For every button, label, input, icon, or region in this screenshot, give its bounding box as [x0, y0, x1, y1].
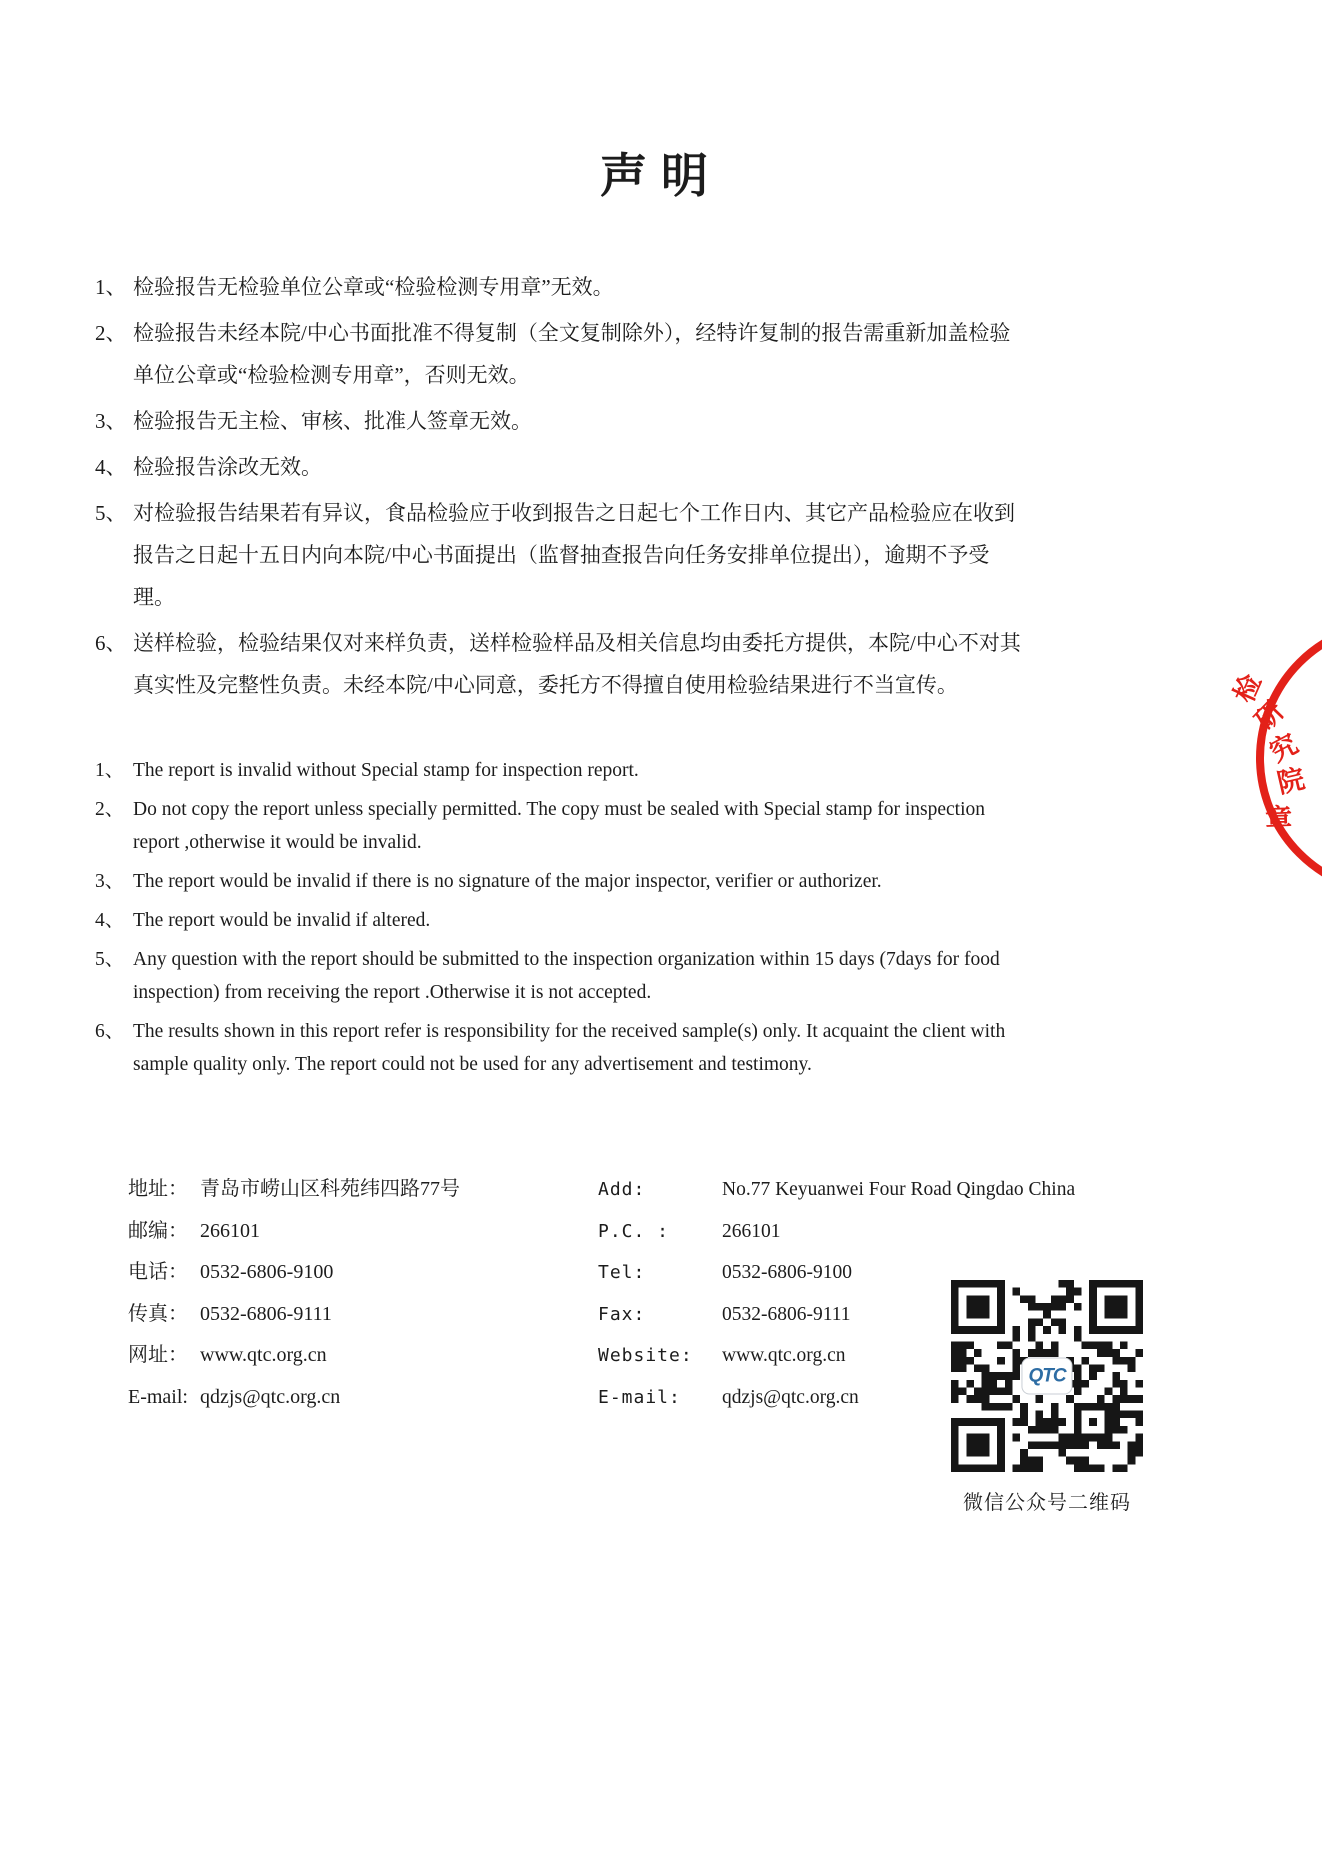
statement-cn-item: 2、 检验报告未经本院/中心书面批准不得复制（全文复制除外），经特许复制的报告需… [95, 312, 1025, 396]
contact-label-en: Tel: [598, 1252, 722, 1294]
contact-label-en: Add: [598, 1169, 722, 1211]
item-number: 3、 [95, 865, 133, 898]
statement-cn-item: 4、 检验报告涂改无效。 [95, 446, 1025, 488]
contact-label-en: Website: [598, 1335, 722, 1377]
item-number: 5、 [95, 943, 133, 1009]
contact-label-en: P.C. : [598, 1211, 722, 1253]
qr-wrap: QTC [951, 1280, 1143, 1472]
contact-row: 地址： 青岛市崂山区科苑纬四路77号 Add: No.77 Keyuanwei … [128, 1169, 1322, 1211]
contact-value-en: No.77 Keyuanwei Four Road Qingdao China [722, 1169, 1322, 1211]
item-number: 5、 [95, 492, 133, 618]
contact-label-cn: E-mail: [128, 1377, 200, 1419]
contact-label-cn: 传真： [128, 1294, 200, 1336]
statement-en-item: 1、 The report is invalid without Special… [95, 754, 1025, 787]
contact-value-en: 266101 [722, 1211, 1322, 1253]
item-number: 2、 [95, 312, 133, 396]
item-number: 2、 [95, 793, 133, 859]
item-number: 4、 [95, 904, 133, 937]
item-number: 6、 [95, 1015, 133, 1081]
contact-value-cn: www.qtc.org.cn [200, 1335, 598, 1377]
contact-label-cn: 地址： [128, 1169, 200, 1211]
item-number: 1、 [95, 266, 133, 308]
statement-en-list: 1、 The report is invalid without Special… [0, 754, 1025, 1081]
contact-label-cn: 网址： [128, 1335, 200, 1377]
item-text: 检验报告无主检、审核、批准人签章无效。 [133, 400, 1025, 442]
contact-value-cn: 266101 [200, 1211, 598, 1253]
stamp-char: 院 [1274, 764, 1307, 799]
item-text: 检验报告涂改无效。 [133, 446, 1025, 488]
item-text: The report is invalid without Special st… [133, 754, 1025, 787]
contact-label-en: E-mail: [598, 1377, 722, 1419]
contact-label-en: Fax: [598, 1294, 722, 1336]
item-text: The results shown in this report refer i… [133, 1015, 1025, 1081]
statement-cn-item: 6、 送样检验，检验结果仅对来样负责，送样检验样品及相关信息均由委托方提供，本院… [95, 622, 1025, 706]
statement-en-item: 3、 The report would be invalid if there … [95, 865, 1025, 898]
item-number: 3、 [95, 400, 133, 442]
contact-value-cn: 0532-6806-9100 [200, 1252, 598, 1294]
contact-value-cn: qdzjs@qtc.org.cn [200, 1377, 598, 1419]
red-seal-stamp-icon: 检 研 究 院 章 [1230, 630, 1322, 892]
contact-label-cn: 邮编： [128, 1211, 200, 1253]
item-text: 检验报告未经本院/中心书面批准不得复制（全文复制除外），经特许复制的报告需重新加… [133, 312, 1025, 396]
item-number: 1、 [95, 754, 133, 787]
item-text: 送样检验，检验结果仅对来样负责，送样检验样品及相关信息均由委托方提供，本院/中心… [133, 622, 1025, 706]
statement-en-item: 5、 Any question with the report should b… [95, 943, 1025, 1009]
statement-cn-item: 5、 对检验报告结果若有异议，食品检验应于收到报告之日起七个工作日内、其它产品检… [95, 492, 1025, 618]
statement-cn-item: 1、 检验报告无检验单位公章或“检验检测专用章”无效。 [95, 266, 1025, 308]
item-text: The report would be invalid if there is … [133, 865, 1025, 898]
contact-row: 邮编： 266101 P.C. : 266101 [128, 1211, 1322, 1253]
statement-en-item: 4、 The report would be invalid if altere… [95, 904, 1025, 937]
contact-label-cn: 电话： [128, 1252, 200, 1294]
page-title: 声明 [0, 0, 1322, 204]
item-number: 4、 [95, 446, 133, 488]
stamp-char: 章 [1265, 803, 1293, 835]
statement-en-item: 2、 Do not copy the report unless special… [95, 793, 1025, 859]
contact-value-cn: 0532-6806-9111 [200, 1294, 598, 1336]
statement-cn-item: 3、 检验报告无主检、审核、批准人签章无效。 [95, 400, 1025, 442]
contact-value-cn: 青岛市崂山区科苑纬四路77号 [200, 1169, 598, 1211]
item-text: Any question with the report should be s… [133, 943, 1025, 1009]
statement-cn-list: 1、 检验报告无检验单位公章或“检验检测专用章”无效。 2、 检验报告未经本院/… [0, 266, 1025, 706]
item-text: The report would be invalid if altered. [133, 904, 1025, 937]
statement-page: 声明 1、 检验报告无检验单位公章或“检验检测专用章”无效。 2、 检验报告未经… [0, 0, 1322, 1869]
item-number: 6、 [95, 622, 133, 706]
item-text: Do not copy the report unless specially … [133, 793, 1025, 859]
qtc-logo: QTC [1021, 1358, 1072, 1395]
item-text: 检验报告无检验单位公章或“检验检测专用章”无效。 [133, 266, 1025, 308]
statement-en-item: 6、 The results shown in this report refe… [95, 1015, 1025, 1081]
wechat-qr-block: QTC 微信公众号二维码 [948, 1280, 1146, 1515]
qr-caption: 微信公众号二维码 [948, 1486, 1146, 1515]
item-text: 对检验报告结果若有异议，食品检验应于收到报告之日起七个工作日内、其它产品检验应在… [133, 492, 1025, 618]
